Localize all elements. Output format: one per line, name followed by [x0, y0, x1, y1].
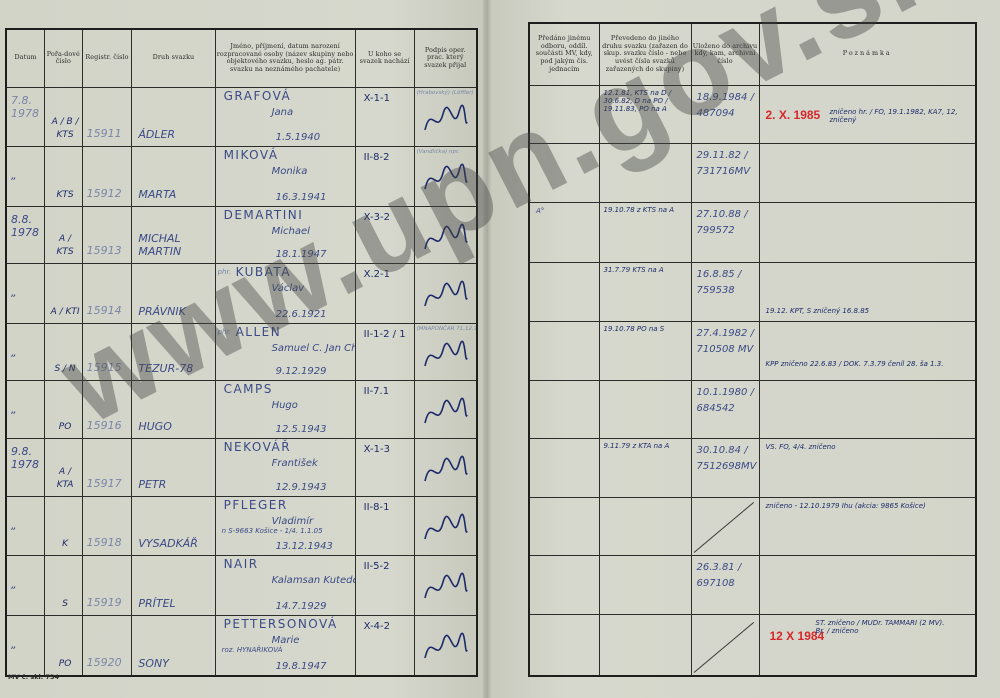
header-row: Datum Pořa-dové číslo Registr. číslo Dru…	[6, 29, 477, 87]
table-row: 7.8. 1978A / B / KTS15911ÁDLERGRAFOVÁJan…	[6, 87, 477, 146]
signature-note: (Hrabovský) (Löffler)	[417, 90, 474, 97]
signature-icon	[421, 509, 471, 549]
born-value: 14.7.1929	[276, 600, 327, 613]
datum-value: „	[11, 578, 43, 591]
cell-poznamka: VS. FO, 4/4. zničeno	[759, 438, 976, 497]
registr-value: 15920	[87, 656, 122, 669]
ulozeno-value: 26.3.81 / 697108	[697, 560, 759, 592]
cell-registr: 15917	[82, 438, 132, 496]
cell-poradove: A / KTI	[45, 263, 83, 323]
table-row: „K15918VYSADKÁŘPFLEGERVladimírn S-9663 K…	[6, 496, 477, 555]
signature-note: (Vandlička) npr.	[417, 149, 460, 156]
poradove-value: A / B / KTS	[50, 116, 80, 142]
cell-prevedeno	[599, 497, 691, 555]
prevedeno-value: 9.11.79 z KTA na A	[604, 442, 690, 450]
cell-ulozeno: 10.1.1980 / 684542	[691, 380, 759, 438]
ulozeno-value: 30.10.84 / 7512698MV	[697, 443, 759, 475]
prevedeno-value: 31.7.79 KTS na A	[604, 266, 690, 274]
cell-poradove: A / B / KTS	[45, 87, 83, 146]
poradove-value: A / KTI	[50, 306, 80, 319]
cell-ulozeno: 29.11.82 / 731716MV	[691, 143, 759, 202]
poradove-value: A / KTA	[50, 466, 80, 492]
cell-ulozeno: 27.10.88 / 799572	[691, 202, 759, 262]
cell-ulozeno	[691, 497, 759, 555]
cell-prevedeno	[599, 614, 691, 676]
cell-poradove: PO	[45, 615, 83, 676]
location-value: II-8-1	[364, 501, 390, 514]
cell-location: II-5-2	[355, 555, 414, 615]
cell-predano	[529, 614, 599, 676]
cell-registr: 15920	[82, 615, 132, 676]
firstname-value: Samuel C. Jan Charles	[272, 342, 356, 355]
prefix-value: phr.	[218, 268, 231, 276]
location-value: II-8-2	[364, 151, 390, 164]
location-value: X.2-1	[364, 268, 390, 281]
table-row: 9.11.79 z KTA na A30.10.84 / 7512698MVVS…	[529, 438, 976, 497]
table-row: zničeno - 12.10.1979 Ihu (akcia: 9865 Ko…	[529, 497, 976, 555]
druh-value: PRÍTEL	[138, 597, 212, 610]
col-header-poradove-cislo: Pořa-dové číslo	[45, 29, 83, 87]
form-code: MV č. skl. 734	[8, 673, 59, 681]
surname-value: NEKOVÁŘ	[224, 441, 292, 454]
cell-location: X-4-2	[355, 615, 414, 676]
poznamka-value: VS. FO, 4/4. zničeno	[766, 443, 966, 451]
born-value: 18.1.1947	[276, 248, 327, 261]
table-row: 12.1.81, KTS na D / 30.6.82, D na PO / 1…	[529, 85, 976, 143]
cell-datum: „	[6, 496, 45, 555]
cell-jmeno: PETTERSONOVÁMarieroz. HYNAŘIKOVÁ19.8.194…	[215, 615, 355, 676]
cell-signature[interactable]	[414, 496, 477, 555]
location-value: II-5-2	[364, 560, 390, 573]
register-table-left: Datum Pořa-dové číslo Registr. číslo Dru…	[5, 28, 478, 677]
predano-value: A°	[536, 207, 544, 215]
cell-location: II-8-2	[355, 146, 414, 206]
born-value: 12.5.1943	[276, 423, 327, 436]
signature-icon	[421, 219, 471, 259]
cell-registr: 15916	[82, 380, 132, 438]
cell-jmeno: PFLEGERVladimírn S-9663 Košice - 1/4. 1.…	[215, 496, 355, 555]
cell-predano	[529, 85, 599, 143]
col-header-poznamka: Poznámka	[759, 23, 976, 85]
cell-jmeno: NAIRKalamsan Kutedeth14.7.1929	[215, 555, 355, 615]
poradove-value: KTS	[50, 189, 80, 202]
firstname-value: Hugo	[272, 399, 298, 412]
cell-jmeno: MIKOVÁMonika16.3.1941	[215, 146, 355, 206]
cell-jmeno: GRAFOVÁJana1.5.1940	[215, 87, 355, 146]
cell-registr: 15914	[82, 263, 132, 323]
cell-druh: TEZUR-78	[132, 323, 215, 380]
table-row: A°19.10.78 z KTS na A27.10.88 / 799572	[529, 202, 976, 262]
col-header-registracni-cislo: Registr. číslo	[82, 29, 132, 87]
cell-location: X-1-3	[355, 438, 414, 496]
table-row: 10.1.1980 / 684542	[529, 380, 976, 438]
cell-prevedeno	[599, 555, 691, 614]
cell-datum: „	[6, 380, 45, 438]
table-row: „KTS15912MARTAMIKOVÁMonika16.3.1941II-8-…	[6, 146, 477, 206]
ulozeno-value: 29.11.82 / 731716MV	[697, 148, 759, 180]
cell-datum: 8.8. 1978	[6, 206, 45, 263]
surname-value: PETTERSONOVÁ	[224, 618, 338, 631]
firstname-value: Kalamsan Kutedeth	[272, 574, 356, 587]
cell-poradove: A / KTA	[45, 438, 83, 496]
cell-registr: 15918	[82, 496, 132, 555]
signature-icon	[421, 276, 471, 316]
table-row: „A / KTI15914PRÁVNIKphr.KUBATAVáclav22.6…	[6, 263, 477, 323]
col-header-druh-svazku: Druh svazku	[132, 29, 215, 87]
signature-icon	[421, 100, 471, 140]
cell-poznamka	[759, 380, 976, 438]
ulozeno-value: 18.9.1984 / 487094	[697, 90, 759, 122]
poznamka-value: zničeno hr. / FO, 19.1.1982, KA7, 12, zn…	[830, 108, 970, 124]
cell-druh: MARTA	[132, 146, 215, 206]
cell-registr: 15915	[82, 323, 132, 380]
datum-value: „	[11, 346, 43, 359]
location-value: II-1-2 / 1	[364, 328, 406, 341]
cell-druh: PETR	[132, 438, 215, 496]
cell-location: X.2-1	[355, 263, 414, 323]
registr-value: 15915	[87, 361, 122, 374]
cell-signature[interactable]	[414, 438, 477, 496]
cell-jmeno: phr.ALLENSamuel C. Jan Charles9.12.1929	[215, 323, 355, 380]
ulozeno-value: 27.10.88 / 799572	[697, 207, 759, 239]
col-header-podpis: Podpis oper. prac. který svazek přijal	[414, 29, 477, 87]
location-value: X-1-1	[364, 92, 390, 105]
cell-datum: 7.8. 1978	[6, 87, 45, 146]
table-row: „PO15920SONYPETTERSONOVÁMarieroz. HYNAŘI…	[6, 615, 477, 676]
table-row: „PO15916HUGOCAMPSHugo12.5.1943II-7.1	[6, 380, 477, 438]
cell-poznamka: 19.12. KPT, S zničený 16.8.85	[759, 262, 976, 321]
surname-value: ALLEN	[236, 326, 282, 339]
cell-prevedeno	[599, 143, 691, 202]
poznamka-value: KPP zničeno 22.6.83 / DOK. 7.3.79 čeníl …	[766, 360, 966, 368]
poradove-value: PO	[50, 421, 80, 434]
cell-datum: „	[6, 555, 45, 615]
born-value: 1.5.1940	[276, 131, 321, 144]
surname-value: NAIR	[224, 558, 259, 571]
table-row: „S15919PRÍTELNAIRKalamsan Kutedeth14.7.1…	[6, 555, 477, 615]
datum-value: „	[11, 169, 43, 182]
cell-location: X-3-2	[355, 206, 414, 263]
cell-ulozeno: 26.3.81 / 697108	[691, 555, 759, 614]
druh-value: MARTA	[138, 188, 212, 201]
cell-predano	[529, 321, 599, 380]
cell-druh: SONY	[132, 615, 215, 676]
datum-value: „	[11, 519, 43, 532]
cell-druh: ÁDLER	[132, 87, 215, 146]
druh-value: MICHAL MARTIN	[138, 232, 212, 258]
datum-value: „	[11, 638, 43, 651]
cell-prevedeno: 12.1.81, KTS na D / 30.6.82, D na PO / 1…	[599, 85, 691, 143]
poradove-value: A / KTS	[50, 233, 80, 259]
prevedeno-value: 12.1.81, KTS na D / 30.6.82, D na PO / 1…	[604, 89, 690, 113]
signature-icon	[421, 451, 471, 491]
cell-poznamka	[759, 143, 976, 202]
location-value: X-3-2	[364, 211, 390, 224]
cell-poznamka: KPP zničeno 22.6.83 / DOK. 7.3.79 čeníl …	[759, 321, 976, 380]
table-row: 29.11.82 / 731716MV	[529, 143, 976, 202]
cell-prevedeno: 19.10.78 PO na S	[599, 321, 691, 380]
born-value: 22.6.1921	[276, 308, 327, 321]
firstname-value: Václav	[272, 282, 305, 295]
datum-value: „	[11, 286, 43, 299]
table-row: „S / N15915TEZUR-78phr.ALLENSamuel C. Ja…	[6, 323, 477, 380]
cell-datum: „	[6, 263, 45, 323]
signature-icon	[421, 628, 471, 668]
cell-poradove: PO	[45, 380, 83, 438]
cell-poznamka: 2. X. 1985zničeno hr. / FO, 19.1.1982, K…	[759, 85, 976, 143]
table-row: 31.7.79 KTS na A16.8.85 / 75953819.12. K…	[529, 262, 976, 321]
book-binding	[483, 0, 491, 698]
cell-jmeno: phr.KUBATAVáclav22.6.1921	[215, 263, 355, 323]
cell-poznamka: zničeno - 12.10.1979 Ihu (akcia: 9865 Ko…	[759, 497, 976, 555]
registr-value: 15916	[87, 419, 122, 432]
druh-value: TEZUR-78	[138, 362, 212, 375]
col-header-jmeno: Jméno, příjmení, datum narození rozpraco…	[215, 29, 355, 87]
cell-poradove: KTS	[45, 146, 83, 206]
cell-registr: 15919	[82, 555, 132, 615]
poznamka-value: zničeno - 12.10.1979 Ihu (akcia: 9865 Ko…	[766, 502, 966, 510]
cell-prevedeno: 19.10.78 z KTS na A	[599, 202, 691, 262]
cell-location: II-7.1	[355, 380, 414, 438]
registr-value: 15911	[87, 127, 122, 140]
cell-poradove: A / KTS	[45, 206, 83, 263]
signature-note: (MNAPONČAR 71.12.79)	[417, 326, 477, 333]
table-row: 19.10.78 PO na S27.4.1982 / 710508 MVKPP…	[529, 321, 976, 380]
cell-signature[interactable]: (MNAPONČAR 71.12.79)	[414, 323, 477, 380]
firstname-value: Michael	[272, 225, 310, 238]
archive-stamp: 2. X. 1985	[766, 108, 821, 122]
surname-value: CAMPS	[224, 383, 273, 396]
datum-value: 8.8. 1978	[11, 213, 43, 239]
signature-icon	[421, 393, 471, 433]
surname-value: KUBATA	[236, 266, 291, 279]
cell-predano	[529, 143, 599, 202]
col-header-ulozeno: Uloženo do archivu kdy, kam, archivní čí…	[691, 23, 759, 85]
ulozeno-value: 27.4.1982 / 710508 MV	[697, 326, 759, 358]
col-header-datum: Datum	[6, 29, 45, 87]
born-value: 16.3.1941	[276, 191, 327, 204]
firstname-value: Monika	[272, 165, 308, 178]
signature-icon	[421, 336, 471, 376]
location-value: X-1-3	[364, 443, 390, 456]
ulozeno-value: 10.1.1980 / 684542	[697, 385, 759, 417]
cell-location: II-1-2 / 1	[355, 323, 414, 380]
cell-ulozeno	[691, 614, 759, 676]
cell-jmeno: DEMARTINIMichael18.1.1947	[215, 206, 355, 263]
header-row: Předáno jinému odboru, oddíl. součásti M…	[529, 23, 976, 85]
born-value: 19.8.1947	[276, 660, 327, 673]
cell-poznamka	[759, 555, 976, 614]
cell-jmeno: CAMPSHugo12.5.1943	[215, 380, 355, 438]
cell-ulozeno: 30.10.84 / 7512698MV	[691, 438, 759, 497]
cell-druh: HUGO	[132, 380, 215, 438]
firstname-value: František	[272, 457, 318, 470]
poradove-value: PO	[50, 658, 80, 671]
poznamka-value: ST. zničeno / MUDr. TAMMARI (2 MV). Br. …	[816, 619, 956, 635]
cell-predano	[529, 262, 599, 321]
col-header-predano: Předáno jinému odboru, oddíl. součásti M…	[529, 23, 599, 85]
cell-ulozeno: 16.8.85 / 759538	[691, 262, 759, 321]
cell-prevedeno: 31.7.79 KTS na A	[599, 262, 691, 321]
cell-druh: PRÍTEL	[132, 555, 215, 615]
cell-poradove: S / N	[45, 323, 83, 380]
cell-signature[interactable]	[414, 206, 477, 263]
cell-signature[interactable]: (Vandlička) npr.	[414, 146, 477, 206]
registr-value: 15917	[87, 477, 122, 490]
cell-datum: „	[6, 323, 45, 380]
cell-jmeno: NEKOVÁŘFrantišek12.9.1943	[215, 438, 355, 496]
table-row: 9.8. 1978A / KTA15917PETRNEKOVÁŘFrantiše…	[6, 438, 477, 496]
cell-ulozeno: 18.9.1984 / 487094	[691, 85, 759, 143]
cell-location: II-8-1	[355, 496, 414, 555]
location-value: II-7.1	[364, 385, 389, 398]
cell-signature[interactable]	[414, 263, 477, 323]
cell-druh: PRÁVNIK	[132, 263, 215, 323]
cell-druh: MICHAL MARTIN	[132, 206, 215, 263]
cell-datum: „	[6, 615, 45, 676]
signature-icon	[421, 568, 471, 608]
registr-value: 15914	[87, 304, 122, 317]
cell-poznamka	[759, 202, 976, 262]
cell-prevedeno: 9.11.79 z KTA na A	[599, 438, 691, 497]
cell-signature[interactable]	[414, 555, 477, 615]
cell-signature[interactable]: (Hrabovský) (Löffler)	[414, 87, 477, 146]
poradove-value: S / N	[50, 363, 80, 376]
cell-datum: 9.8. 1978	[6, 438, 45, 496]
born-value: 13.12.1943	[276, 540, 333, 553]
extra-value: roz. HYNAŘIKOVÁ	[222, 646, 283, 654]
ulozeno-value: 16.8.85 / 759538	[697, 267, 759, 299]
register-table-right: Předáno jinému odboru, oddíl. součásti M…	[528, 22, 977, 677]
cell-predano	[529, 555, 599, 614]
cell-registr: 15913	[82, 206, 132, 263]
registr-value: 15919	[87, 596, 122, 609]
born-value: 12.9.1943	[276, 481, 327, 494]
surname-value: DEMARTINI	[224, 209, 304, 222]
extra-value: n S-9663 Košice - 1/4. 1.1.05	[222, 527, 323, 535]
firstname-value: Jana	[272, 106, 294, 119]
strike-line	[693, 621, 753, 672]
datum-value: 7.8. 1978	[11, 94, 43, 120]
cell-datum: „	[6, 146, 45, 206]
druh-value: ÁDLER	[138, 128, 212, 141]
signature-icon	[421, 159, 471, 199]
cell-poznamka: 12 X 1984ST. zničeno / MUDr. TAMMARI (2 …	[759, 614, 976, 676]
cell-registr: 15912	[82, 146, 132, 206]
strike-line	[693, 501, 753, 552]
poradove-value: K	[50, 538, 80, 551]
registr-value: 15918	[87, 536, 122, 549]
druh-value: PRÁVNIK	[138, 305, 212, 318]
druh-value: VYSADKÁŘ	[138, 537, 212, 550]
col-header-u-koho: U koho se svazek nachází	[355, 29, 414, 87]
born-value: 9.12.1929	[276, 365, 327, 378]
cell-predano	[529, 380, 599, 438]
cell-predano	[529, 438, 599, 497]
datum-value: 9.8. 1978	[11, 445, 43, 471]
prevedeno-value: 19.10.78 PO na S	[604, 325, 690, 333]
poznamka-value: 19.12. KPT, S zničený 16.8.85	[766, 307, 966, 315]
druh-value: SONY	[138, 657, 212, 670]
table-row: 12 X 1984ST. zničeno / MUDr. TAMMARI (2 …	[529, 614, 976, 676]
cell-predano	[529, 497, 599, 555]
prevedeno-value: 19.10.78 z KTS na A	[604, 206, 690, 214]
datum-value: „	[11, 403, 43, 416]
cell-registr: 15911	[82, 87, 132, 146]
cell-druh: VYSADKÁŘ	[132, 496, 215, 555]
poradove-value: S	[50, 598, 80, 611]
surname-value: PFLEGER	[224, 499, 288, 512]
cell-predano: A°	[529, 202, 599, 262]
table-row: 26.3.81 / 697108	[529, 555, 976, 614]
prefix-value: phr.	[218, 328, 231, 336]
col-header-prevedeno: Převedeno do jiného druhu svazku (zařaze…	[599, 23, 691, 85]
registr-value: 15912	[87, 187, 122, 200]
location-value: X-4-2	[364, 620, 390, 633]
cell-signature[interactable]	[414, 380, 477, 438]
registr-value: 15913	[87, 244, 122, 257]
cell-ulozeno: 27.4.1982 / 710508 MV	[691, 321, 759, 380]
cell-poradove: S	[45, 555, 83, 615]
cell-prevedeno	[599, 380, 691, 438]
surname-value: GRAFOVÁ	[224, 90, 292, 103]
druh-value: HUGO	[138, 420, 212, 433]
cell-location: X-1-1	[355, 87, 414, 146]
cell-poradove: K	[45, 496, 83, 555]
cell-signature[interactable]	[414, 615, 477, 676]
druh-value: PETR	[138, 478, 212, 491]
surname-value: MIKOVÁ	[224, 149, 279, 162]
table-row: 8.8. 1978A / KTS15913MICHAL MARTINDEMART…	[6, 206, 477, 263]
